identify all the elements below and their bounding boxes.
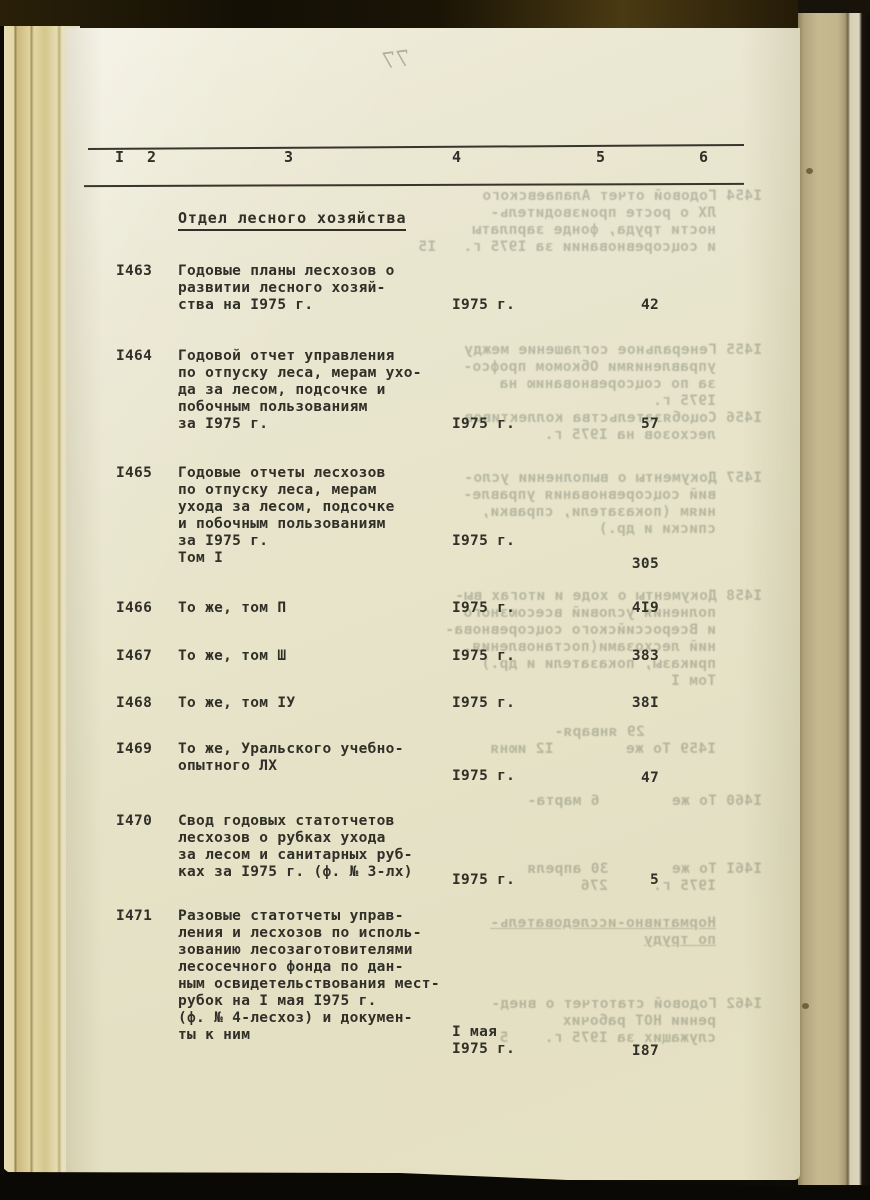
column-number: 2 (147, 149, 156, 166)
entry-description-line: и побочным пользованиям (178, 516, 452, 533)
page-stack-right-edge (798, 13, 870, 1185)
entry-description-line: Разовые статотчеты управ- (178, 908, 452, 925)
entry-number: I470 (116, 813, 178, 881)
entry-page-count: 42 (582, 297, 659, 314)
entry-description-line: Годовые отчеты лесхозов (178, 465, 452, 482)
register-entry: I469То же, Уральского учебно-опытного ЛХ… (116, 741, 659, 775)
entry-date-line: I975 г. (452, 872, 582, 889)
book-spine-shadow-top (0, 0, 798, 30)
entry-date-line: I975 г. (452, 533, 582, 550)
entry-description-line: развитии лесного хозяй- (178, 280, 452, 297)
entry-date-line: I975 г. (452, 648, 582, 665)
entry-date-line: I мая (452, 1024, 582, 1041)
entry-description-line: побочным пользованиям (178, 399, 452, 416)
entry-page-count: 47 (582, 770, 659, 787)
archival-book-scan: I454 Годовой отчет АлапаевскогоЛХ о рост… (0, 0, 870, 1200)
entry-date: I975 г. (452, 648, 582, 665)
entry-description: Годовой отчет управленияпо отпуску леса,… (178, 348, 452, 433)
entry-description-line: ухода за лесом, подсочке (178, 499, 452, 516)
register-entry: I466То же, том ПI975 г.4I9 (116, 600, 659, 617)
entry-description-line: по отпуску леса, мерам (178, 482, 452, 499)
column-number: I (115, 149, 124, 166)
paper-speck (806, 168, 813, 174)
entry-description-line: То же, том П (178, 600, 452, 617)
register-entry: I464Годовой отчет управленияпо отпуску л… (116, 348, 659, 433)
register-entry: I470Свод годовых статотчетовлесхозов о р… (116, 813, 659, 881)
entry-number: I463 (116, 263, 178, 314)
paper-speck (802, 1003, 809, 1009)
bleedthrough-line: I454 Годовой отчет Алапаевского (392, 188, 762, 205)
entry-description-line: Годовой отчет управления (178, 348, 452, 365)
column-number: 4 (452, 149, 461, 166)
entry-page-count: 5 (582, 872, 659, 889)
entry-date: I975 г. (452, 297, 582, 314)
entry-date: I975 г. (452, 533, 582, 550)
entry-description-line: опытного ЛХ (178, 758, 452, 775)
entry-number: I469 (116, 741, 178, 775)
register-entry: I465Годовые отчеты лесхозовпо отпуску ле… (116, 465, 659, 567)
entry-date: I маяI975 г. (452, 1024, 582, 1058)
entry-number: I471 (116, 908, 178, 1044)
inventory-entries: I463Годовые планы лесхозов оразвитии лес… (116, 263, 659, 1044)
section-heading: Отдел лесного хозяйства (178, 210, 406, 231)
entry-description: Годовые отчеты лесхозовпо отпуску леса, … (178, 465, 452, 567)
entry-description-line: по отпуску леса, мерам ухо- (178, 365, 452, 382)
entry-description-line: да за лесом, подсочке и (178, 382, 452, 399)
entry-description: Годовые планы лесхозов оразвитии лесного… (178, 263, 452, 314)
entry-date-line: I975 г. (452, 416, 582, 433)
page-number-pencil: 77 (381, 46, 412, 74)
entry-description: То же, том Ш (178, 648, 452, 665)
entry-description: То же, Уральского учебно-опытного ЛХ (178, 741, 452, 775)
entry-description-line: за I975 г. (178, 533, 452, 550)
column-ruler-top-line (88, 144, 744, 150)
entry-description-line: ным освидетельствования мест- (178, 976, 452, 993)
register-entry: I467То же, том ШI975 г.383 (116, 648, 659, 665)
entry-description-line: ках за I975 г. (ф. № 3-лх) (178, 864, 452, 881)
column-number: 5 (596, 149, 605, 166)
register-entry: I471Разовые статотчеты управ-ления и лес… (116, 908, 659, 1044)
entry-date-line: I975 г. (452, 1041, 582, 1058)
entry-page-count: I87 (582, 1043, 659, 1060)
entry-description-line: Том I (178, 550, 452, 567)
entry-number: I468 (116, 695, 178, 712)
entry-description-line: То же, Уральского учебно- (178, 741, 452, 758)
entry-date: I975 г. (452, 695, 582, 712)
entry-description-line: за лесом и санитарных руб- (178, 847, 452, 864)
entry-date: I975 г. (452, 600, 582, 617)
entry-page-count: 4I9 (582, 600, 659, 617)
entry-description-line: ты к ним (178, 1027, 452, 1044)
column-ruler-bottom-line (84, 183, 744, 187)
bleedthrough-line: ности труда, фонде зарплаты (392, 222, 762, 239)
column-number: 3 (284, 149, 293, 166)
entry-date: I975 г. (452, 872, 582, 889)
background-top-right (798, 0, 870, 13)
entry-description: То же, том П (178, 600, 452, 617)
entry-date-line: I975 г. (452, 695, 582, 712)
entry-date-line: I975 г. (452, 297, 582, 314)
entry-description-line: за I975 г. (178, 416, 452, 433)
entry-description-line: То же, том Ш (178, 648, 452, 665)
bleedthrough-line: ЛХ о росте производитель- (392, 205, 762, 222)
entry-date-line: I975 г. (452, 600, 582, 617)
entry-description-line: Годовые планы лесхозов о (178, 263, 452, 280)
entry-description-line: То же, том IУ (178, 695, 452, 712)
entry-description: То же, том IУ (178, 695, 452, 712)
register-entry: I463Годовые планы лесхозов оразвитии лес… (116, 263, 659, 314)
entry-date: I975 г. (452, 416, 582, 433)
entry-description-line: ления и лесхозов по исполь- (178, 925, 452, 942)
entry-date: I975 г. (452, 768, 582, 785)
entry-description: Свод годовых статотчетовлесхозов о рубка… (178, 813, 452, 881)
inventory-page: I454 Годовой отчет АлапаевскогоЛХ о рост… (66, 28, 800, 1180)
entry-description-line: Свод годовых статотчетов (178, 813, 452, 830)
entry-description-line: рубок на I мая I975 г. (178, 993, 452, 1010)
entry-number: I466 (116, 600, 178, 617)
entry-description-line: лесхозов о рубках ухода (178, 830, 452, 847)
entry-page-count: 38I (582, 695, 659, 712)
entry-description-line: ства на I975 г. (178, 297, 452, 314)
entry-description: Разовые статотчеты управ-ления и лесхозо… (178, 908, 452, 1044)
entry-description-line: (ф. № 4-лесхоз) и докумен- (178, 1010, 452, 1027)
bleedthrough-line: и соцсоревновании за I975 г. I5 (392, 239, 762, 256)
entry-description-line: лесосечного фонда по дан- (178, 959, 452, 976)
entry-date-line: I975 г. (452, 768, 582, 785)
entry-number: I464 (116, 348, 178, 433)
register-entry: I468То же, том IУI975 г.38I (116, 695, 659, 712)
entry-page-count: 57 (582, 416, 659, 433)
entry-description-line: зованию лесозаготовителями (178, 942, 452, 959)
entry-page-count: 305 (582, 556, 659, 573)
bleedthrough-block: I454 Годовой отчет АлапаевскогоЛХ о рост… (392, 188, 762, 256)
entry-page-count: 383 (582, 648, 659, 665)
column-number: 6 (699, 149, 708, 166)
entry-number: I467 (116, 648, 178, 665)
entry-number: I465 (116, 465, 178, 567)
